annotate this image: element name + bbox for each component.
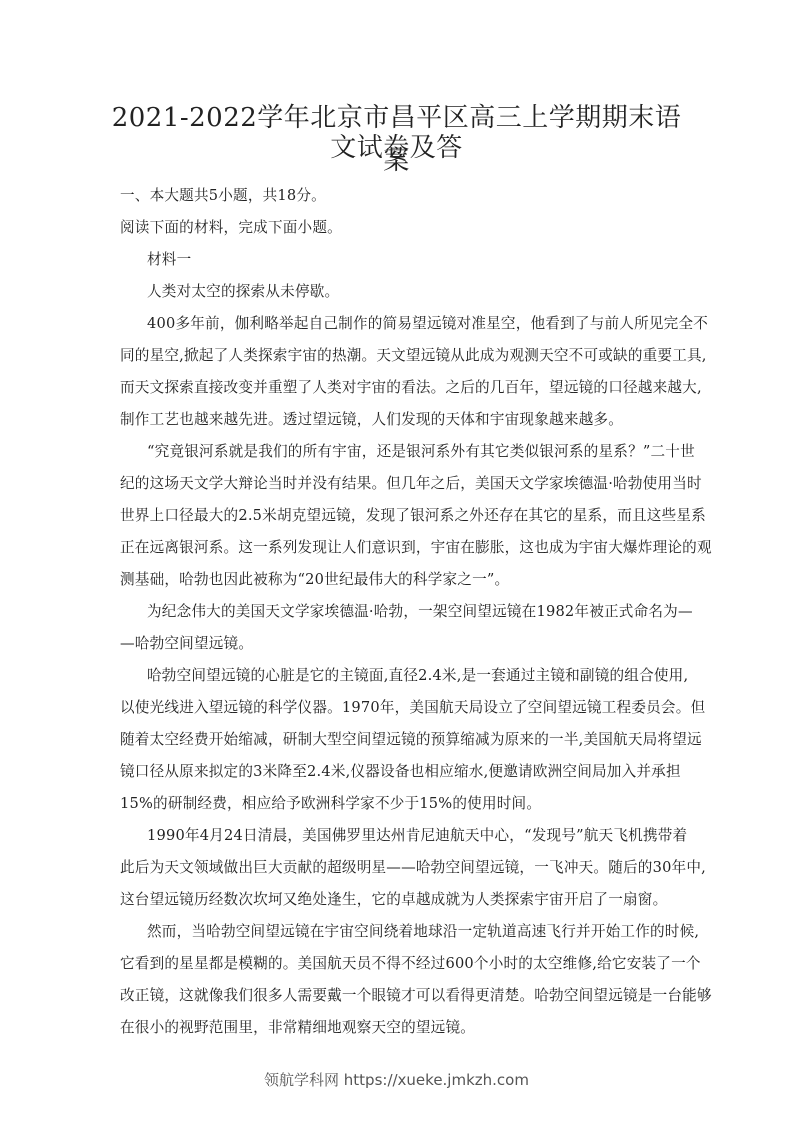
paragraph-line: 它看到的星星都是模糊的。美国航天员不得不经过600个小时的太空维修,给它安装了一…: [120, 954, 680, 974]
paragraph-line: 镜口径从原来拟定的3米降至2.4米,仪器设备也相应缩水,便邀请欧洲空间局加入并承…: [120, 762, 680, 782]
instruction-text: 阅读下面的材料，完成下面小题。: [120, 218, 680, 238]
paragraph-line: —哈勃空间望远镜。: [120, 634, 680, 654]
paragraph-line: 400多年前，伽利略举起自己制作的简易望远镜对准星空，他看到了与前人所见完全不: [147, 314, 707, 334]
paragraph-line: 纪的这场天文学大辩论当时并没有结果。但几年之后，美国天文学家埃德温·哈勃使用当时: [120, 474, 680, 494]
paragraph-line: 世界上口径最大的2.5米胡克望远镜，发现了银河系之外还存在其它的星系，而且这些星…: [120, 506, 680, 526]
paragraph-line: 改正镜，这就像我们很多人需要戴一个眼镜才可以看得更清楚。哈勃空间望远镜是一台能够: [120, 986, 680, 1006]
material-label: 材料一: [147, 250, 707, 270]
paragraph-line: 此后为天文领域做出巨大贡献的超级明星——哈勃空间望远镜，一飞冲天。随后的30年中…: [120, 858, 680, 878]
paragraph-line: 然而，当哈勃空间望远镜在宇宙空间绕着地球沿一定轨道高速飞行并开始工作的时候,: [147, 922, 707, 942]
paragraph-line: 制作工艺也越来越先进。透过望远镜，人们发现的天体和宇宙现象越来越多。: [120, 410, 680, 430]
paragraph-line: 15%的研制经费，相应给予欧洲科学家不少于15%的使用时间。: [120, 794, 680, 814]
paragraph-line: 测基础，哈勃也因此被称为“20世纪最伟大的科学家之一”。: [120, 570, 680, 590]
paragraph-line: 这台望远镜历经数次坎坷又绝处逢生，它的卓越成就为人类探索宇宙开启了一扇窗。: [120, 890, 680, 910]
paragraph-line: 1990年4月24日清晨，美国佛罗里达州肯尼迪航天中心，“发现号”航天飞机携带着: [147, 826, 707, 846]
footer-watermark: 领航学科网 https://xueke.jmkzh.com: [0, 1069, 793, 1090]
document-title-line-2: 案: [100, 146, 693, 176]
paragraph-line: “究竟银河系就是我们的所有宇宙，还是银河系外有其它类似银河系的星系？”二十世: [147, 442, 707, 462]
paragraph-line: 正在远离银河系。这一系列发现让人们意识到，宇宙在膨胀，这也成为宇宙大爆炸理论的观: [120, 538, 680, 558]
document-page: 2021-2022学年北京市昌平区高三上学期期末语文试卷及答 案 一、本大题共5…: [0, 0, 793, 1122]
paragraph-line: 以使光线进入望远镜的科学仪器。1970年，美国航天局设立了空间望远镜工程委员会。…: [120, 698, 680, 718]
paragraph-line: 而天文探索直接改变并重塑了人类对宇宙的看法。之后的几百年，望远镜的口径越来越大,: [120, 378, 680, 398]
paragraph-line: 随着太空经费开始缩减，研制大型空间望远镜的预算缩减为原来的一半,美国航天局将望远: [120, 730, 680, 750]
paragraph-line: 哈勃空间望远镜的心脏是它的主镜面,直径2.4米,是一套通过主镜和副镜的组合使用,: [147, 666, 707, 686]
section-heading: 一、本大题共5小题，共18分。: [120, 186, 680, 206]
paragraph-line: 在很小的视野范围里，非常精细地观察天空的望远镜。: [120, 1018, 680, 1038]
paragraph-line: 为纪念伟大的美国天文学家埃德温·哈勃，一架空间望远镜在1982年被正式命名为—: [147, 602, 707, 622]
paragraph-line: 人类对太空的探索从未停歇。: [147, 282, 707, 302]
paragraph-line: 同的星空,掀起了人类探索宇宙的热潮。天文望远镜从此成为观测天空不可或缺的重要工具…: [120, 346, 680, 366]
